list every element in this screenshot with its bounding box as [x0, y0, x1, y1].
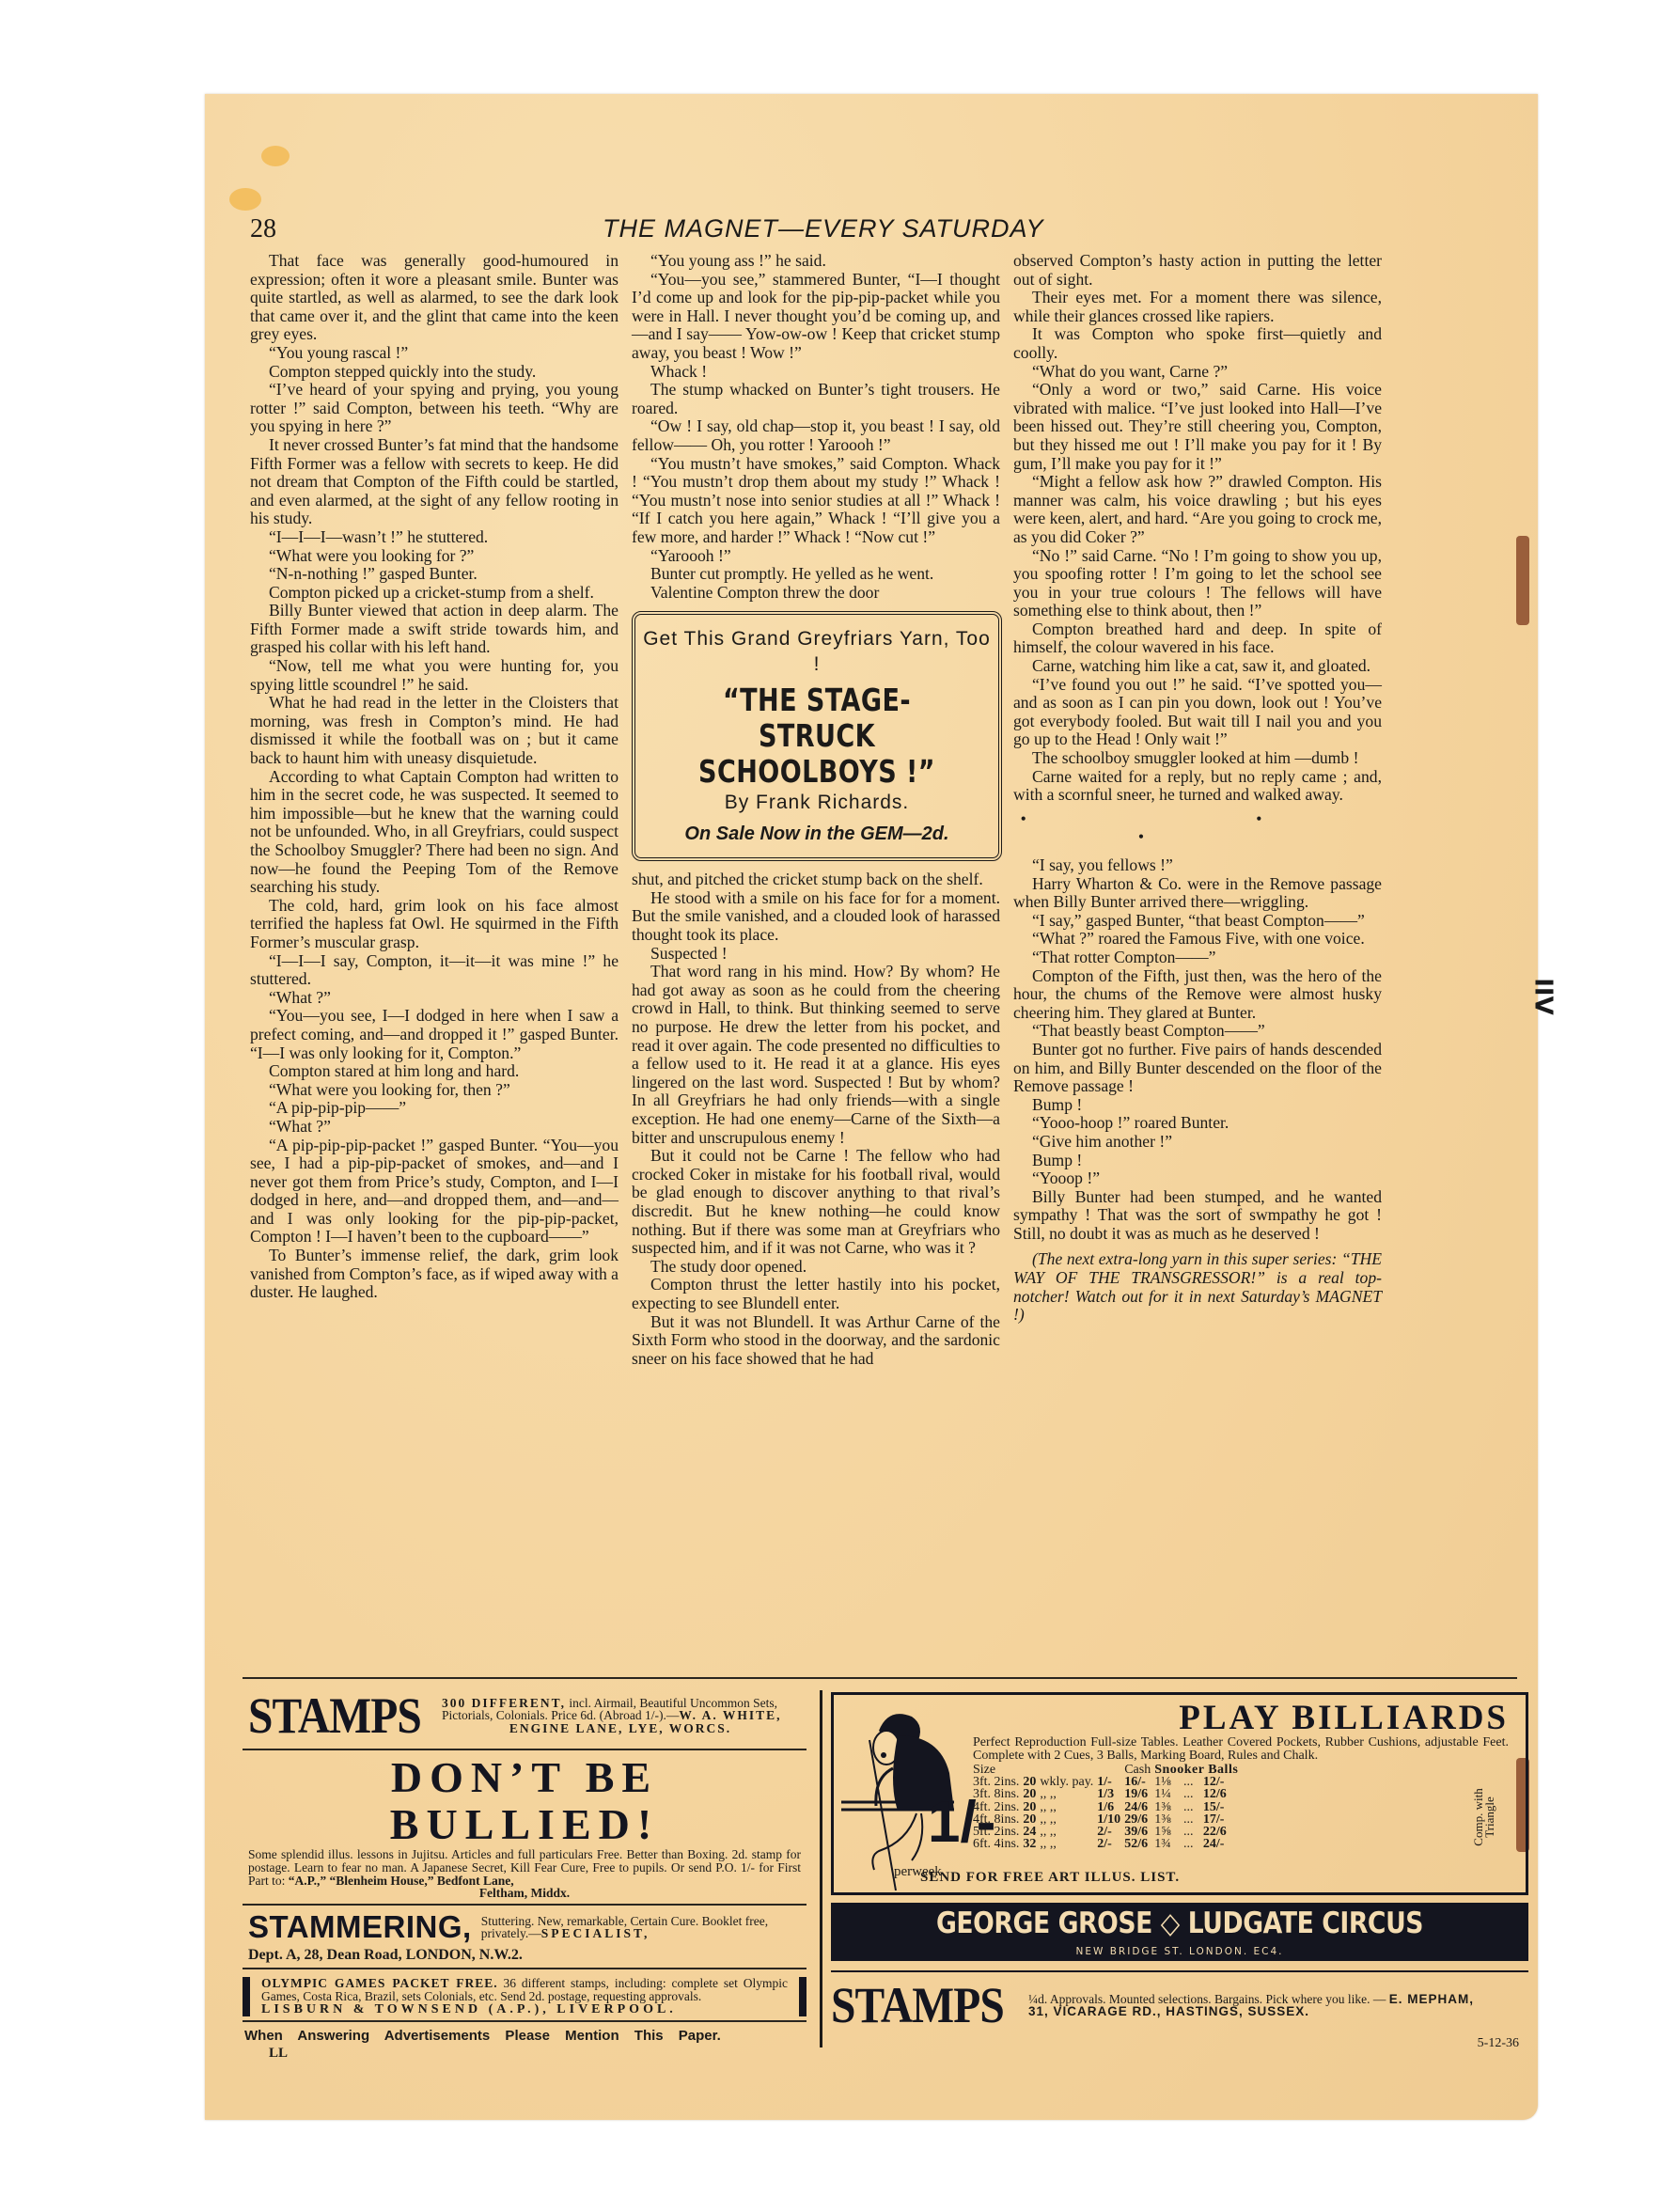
- story-paragraph: “I’ve found you out !” he said. “I’ve sp…: [1013, 676, 1382, 749]
- ad-headline: PLAY BILLIARDS: [973, 1701, 1509, 1736]
- stain-mark: [229, 188, 261, 211]
- story-column-3: observed Compton’s hasty action in putti…: [1013, 252, 1382, 1325]
- story-paragraph: “Yooop !”: [1013, 1169, 1382, 1188]
- promo-title: “THE STAGE-STRUCK SCHOOLBOYS !”: [674, 682, 959, 790]
- ad-headline: OLYMPIC GAMES PACKET FREE.: [261, 1976, 498, 1990]
- story-paragraph: “I—I—I—wasn’t !” he stuttered.: [250, 528, 619, 547]
- story-column-3-part-a: observed Compton’s hasty action in putti…: [1013, 252, 1382, 805]
- ad-address-last: Feltham, Middx.: [479, 1886, 570, 1900]
- editor-note: (The next extra-long yarn in this super …: [1013, 1250, 1382, 1324]
- divider: [243, 1677, 1517, 1679]
- story-paragraph: “Might a fellow ask how ?” drawled Compt…: [1013, 473, 1382, 546]
- page-number: 28: [250, 214, 276, 244]
- story-paragraph: “No !” said Carne. “No ! I’m going to sh…: [1013, 547, 1382, 620]
- cell-deposit: 20: [1023, 1788, 1040, 1800]
- cell-terms: ,, ,,: [1040, 1788, 1097, 1800]
- story-paragraph: “You young ass !” he said.: [632, 252, 1000, 271]
- story-paragraph: Compton breathed hard and deep. In spite…: [1013, 620, 1382, 657]
- magazine-page: 28 THE MAGNET—EVERY SATURDAY That face w…: [205, 94, 1538, 2120]
- ad-dont-be-bullied: DON’T BE BULLIED! Some splendid illus. l…: [243, 1750, 807, 1906]
- promo-box: Get This Grand Greyfriars Yarn, Too ! “T…: [632, 611, 1002, 861]
- story-column-2: “You young ass !” he said.“You—you see,”…: [632, 252, 1000, 1368]
- story-paragraph: The study door opened.: [632, 1258, 1000, 1277]
- story-column-2-bottom: shut, and pitched the cricket stump back…: [632, 871, 1000, 1368]
- ad-body: Perfect Reproduction Full-size Tables. L…: [973, 1736, 1509, 1762]
- cell-ballsize: 1¾: [1154, 1838, 1183, 1850]
- cell-dots: ...: [1183, 1801, 1203, 1813]
- promo-line: Get This Grand Greyfriars Yarn, Too !: [643, 626, 991, 677]
- cell-dots: ...: [1183, 1838, 1203, 1850]
- cell-weekly: 1/3: [1097, 1788, 1124, 1800]
- story-column-2-top: “You young ass !” he said.“You—you see,”…: [632, 252, 1000, 602]
- cell-cash: 52/6: [1124, 1838, 1154, 1850]
- story-paragraph: Whack !: [632, 363, 1000, 382]
- stain-mark: [261, 146, 290, 166]
- table-row: 3ft. 8ins.20,, ,,1/319/61¼...12/6: [973, 1788, 1242, 1800]
- footer-code: LL: [269, 2046, 807, 2062]
- story-paragraph: The cold, hard, grim look on his face al…: [250, 897, 619, 952]
- masthead: THE MAGNET—EVERY SATURDAY: [603, 214, 1044, 243]
- ad-george-grose: GEORGE GROSE ◇ LUDGATE CIRCUS NEW BRIDGE…: [831, 1903, 1528, 1961]
- cell-size: 6ft. 4ins.: [973, 1838, 1023, 1850]
- story-paragraph: Billy Bunter had been stumped, and he wa…: [1013, 1188, 1382, 1244]
- billiards-price-table: Size Cash Snooker Balls 3ft. 2ins.20wkly…: [973, 1764, 1242, 1850]
- side-note: Comp. with Triangle: [1473, 1780, 1496, 1855]
- story-paragraph: But it could not be Carne ! The fellow w…: [632, 1147, 1000, 1258]
- story-paragraph: “What ?”: [250, 989, 619, 1008]
- story-paragraph: “That rotter Compton——”: [1013, 949, 1382, 967]
- cell-deposit: 32: [1023, 1838, 1040, 1850]
- ad-play-billiards: 1/- perweek PLAY BILLIARDS Perfect Repro…: [831, 1692, 1528, 1895]
- ad-body: 300 DIFFERENT, incl. Airmail, Beautiful …: [442, 1697, 799, 1735]
- story-paragraph: Billy Bunter viewed that action in deep …: [250, 602, 619, 657]
- cell-weekly: 1/6: [1097, 1801, 1124, 1813]
- ad-address: LISBURN & TOWNSEND (A.P.), LIVERPOOL.: [261, 2003, 788, 2016]
- ad-address: ENGINE LANE, LYE, WORCS.: [509, 1721, 731, 1735]
- cell-dots: ...: [1183, 1788, 1203, 1800]
- story-paragraph: “Give him another !”: [1013, 1133, 1382, 1152]
- ads-left-column: STAMPS 300 DIFFERENT, incl. Airmail, Bea…: [243, 1683, 807, 2062]
- story-column-3-part-b: “I say, you fellows !”Harry Wharton & Co…: [1013, 856, 1382, 1243]
- story-paragraph: “N-n-nothing !” gasped Bunter.: [250, 565, 619, 584]
- story-paragraph: Valentine Compton threw the door: [632, 584, 1000, 603]
- story-paragraph: Carne waited for a reply, but no reply c…: [1013, 768, 1382, 805]
- story-paragraph: Compton stepped quickly into the study.: [250, 363, 619, 382]
- story-paragraph: “You mustn’t have smokes,” said Compton.…: [632, 455, 1000, 547]
- ad-stamps-white: STAMPS 300 DIFFERENT, incl. Airmail, Bea…: [243, 1683, 807, 1750]
- mention-notice: When Answering Advertisements Please Men…: [243, 2028, 807, 2044]
- story-column-1: That face was generally good-humoured in…: [250, 252, 619, 1302]
- promo-sale: On Sale Now in the GEM—2d.: [643, 820, 991, 848]
- column-divider: [820, 1690, 822, 2047]
- story-paragraph: What he had read in the letter in the Cl…: [250, 694, 619, 767]
- story-paragraph: That word rang in his mind. How? By whom…: [632, 963, 1000, 1147]
- ad-address: NEW BRIDGE ST. LONDON. EC4.: [833, 1946, 1527, 1957]
- story-paragraph: “I—I—I say, Compton, it—it—it was mine !…: [250, 952, 619, 989]
- story-paragraph: observed Compton’s hasty action in putti…: [1013, 252, 1382, 289]
- torn-edge: [1516, 536, 1529, 625]
- ad-address: Dept. A, 28, Dean Road, LONDON, N.W.2.: [248, 1947, 801, 1964]
- edge-mark: IIV: [1529, 978, 1558, 1014]
- story-paragraph: Bump !: [1013, 1152, 1382, 1170]
- ad-address: “A.P.,” “Blenheim House,” Bedfont Lane,: [289, 1874, 514, 1888]
- cell-size: 4ft. 2ins.: [973, 1801, 1023, 1813]
- cell-ballsize: 1⅜: [1154, 1801, 1183, 1813]
- cell-snooker: 24/-: [1203, 1838, 1242, 1850]
- story-paragraph: He stood with a smile on his face for fo…: [632, 889, 1000, 945]
- ad-body: Stuttering. New, remarkable, Certain Cur…: [481, 1915, 801, 1940]
- cell-snooker: 12/6: [1203, 1788, 1242, 1800]
- ad-headline: DON’T BE BULLIED!: [248, 1754, 801, 1848]
- cell-snooker: 15/-: [1203, 1801, 1242, 1813]
- cell-weekly: 2/-: [1097, 1838, 1124, 1850]
- story-paragraph: “I say, you fellows !”: [1013, 856, 1382, 875]
- story-paragraph: “That beastly beast Compton——”: [1013, 1022, 1382, 1041]
- story-paragraph: “Yaroooh !”: [632, 547, 1000, 566]
- cell-deposit: 20: [1023, 1801, 1040, 1813]
- send-note: SEND FOR FREE ART ILLUS. LIST.: [920, 1870, 1180, 1886]
- story-paragraph: “A pip-pip-pip——”: [250, 1099, 619, 1118]
- story-paragraph: “What do you want, Carne ?”: [1013, 363, 1382, 382]
- issue-date: 5-12-36: [831, 2036, 1528, 2051]
- story-paragraph: But it was not Blundell. It was Arthur C…: [632, 1313, 1000, 1369]
- story-paragraph: “I say,” gasped Bunter, “that beast Comp…: [1013, 912, 1382, 931]
- cell-ballsize: 1¼: [1154, 1788, 1183, 1800]
- table-row: 4ft. 2ins.20,, ,,1/624/61⅜...15/-: [973, 1801, 1242, 1813]
- story-paragraph: Compton of the Fifth, just then, was the…: [1013, 967, 1382, 1023]
- ads-right-column: 1/- perweek PLAY BILLIARDS Perfect Repro…: [831, 1692, 1528, 2051]
- ad-headline: STAMPS: [831, 1976, 996, 2034]
- story-paragraph: “What were you looking for, then ?”: [250, 1081, 619, 1100]
- story-paragraph: Their eyes met. For a moment there was s…: [1013, 289, 1382, 325]
- story-paragraph: “You—you see, I—I dodged in here when I …: [250, 1007, 619, 1062]
- story-paragraph: Bump !: [1013, 1096, 1382, 1115]
- story-paragraph: “Only a word or two,” said Carne. His vo…: [1013, 381, 1382, 473]
- cell-cash: 24/6: [1124, 1801, 1154, 1813]
- ad-headline: STAMPS: [248, 1686, 414, 1745]
- story-paragraph: “What ?” roared the Famous Five, with on…: [1013, 930, 1382, 949]
- story-paragraph: “You young rascal !”: [250, 344, 619, 363]
- story-paragraph: It never crossed Bunter’s fat mind that …: [250, 436, 619, 528]
- page-header: 28 THE MAGNET—EVERY SATURDAY: [250, 214, 1463, 252]
- cell-cash: 19/6: [1124, 1788, 1154, 1800]
- story-paragraph: “You—you see,” stammered Bunter, “I—I th…: [632, 271, 1000, 363]
- ad-olympic-packet: OLYMPIC GAMES PACKET FREE. 36 different …: [243, 1977, 807, 2016]
- story-paragraph: Bunter cut promptly. He yelled as he wen…: [632, 565, 1000, 584]
- story-paragraph: That face was generally good-humoured in…: [250, 252, 619, 344]
- billiards-body: PLAY BILLIARDS Perfect Reproduction Full…: [973, 1701, 1509, 1850]
- story-paragraph: The schoolboy smuggler looked at him —du…: [1013, 749, 1382, 768]
- story-paragraph: “Ow ! I say, old chap—stop it, you beast…: [632, 417, 1000, 454]
- story-paragraph: Compton stared at him long and hard.: [250, 1062, 619, 1081]
- cell-size: 3ft. 8ins.: [973, 1788, 1023, 1800]
- story-paragraph: Carne, watching him like a cat, saw it, …: [1013, 657, 1382, 676]
- section-break: • • •: [1013, 810, 1382, 847]
- story-paragraph: “I’ve heard of your spying and prying, y…: [250, 381, 619, 436]
- ad-advertiser: E. MEPHAM,: [1389, 1992, 1474, 2006]
- ad-address: 31, VICARAGE RD., HASTINGS, SUSSEX.: [1028, 2005, 1474, 2018]
- cell-terms: ,, ,,: [1040, 1801, 1097, 1813]
- story-paragraph: Compton thrust the letter hastily into h…: [632, 1276, 1000, 1312]
- story-paragraph: The stump whacked on Bunter’s tight trou…: [632, 381, 1000, 417]
- promo-author: By Frank Richards.: [643, 790, 991, 816]
- ad-stammering: STAMMERING, Stuttering. New, remarkable,…: [243, 1906, 807, 1969]
- story-paragraph: Suspected !: [632, 945, 1000, 964]
- story-paragraph: Harry Wharton & Co. were in the Remove p…: [1013, 875, 1382, 912]
- ad-advertiser: GEORGE GROSE ◇ LUDGATE CIRCUS: [882, 1906, 1479, 1940]
- story-paragraph: According to what Captain Compton had wr…: [250, 768, 619, 897]
- story-paragraph: It was Compton who spoke first—quietly a…: [1013, 325, 1382, 362]
- ad-headline: STAMMERING,: [248, 1909, 472, 1945]
- ad-body: Some splendid illus. lessons in Jujitsu.…: [248, 1848, 801, 1900]
- story-paragraph: Bunter got no further. Five pairs of han…: [1013, 1041, 1382, 1096]
- story-paragraph: “A pip-pip-pip-packet !” gasped Bunter. …: [250, 1137, 619, 1247]
- ad-advertiser: SPECIALIST,: [541, 1926, 650, 1940]
- story-paragraph: Compton picked up a cricket-stump from a…: [250, 584, 619, 603]
- story-paragraph: To Bunter’s immense relief, the dark, gr…: [250, 1247, 619, 1302]
- table-row: 6ft. 4ins.32,, ,,2/-52/61¾...24/-: [973, 1838, 1242, 1850]
- story-paragraph: “Yooo-hoop !” roared Bunter.: [1013, 1114, 1382, 1133]
- ad-stamps-mepham: STAMPS ¼d. Approvals. Mounted selections…: [831, 1970, 1528, 2034]
- story-paragraph: “Now, tell me what you were hunting for,…: [250, 657, 619, 694]
- story-paragraph: “What ?”: [250, 1118, 619, 1137]
- story-paragraph: shut, and pitched the cricket stump back…: [632, 871, 1000, 889]
- story-paragraph: “What were you looking for ?”: [250, 547, 619, 566]
- ad-body: ¼d. Approvals. Mounted selections. Barga…: [1028, 1993, 1474, 2018]
- cell-terms: ,, ,,: [1040, 1838, 1097, 1850]
